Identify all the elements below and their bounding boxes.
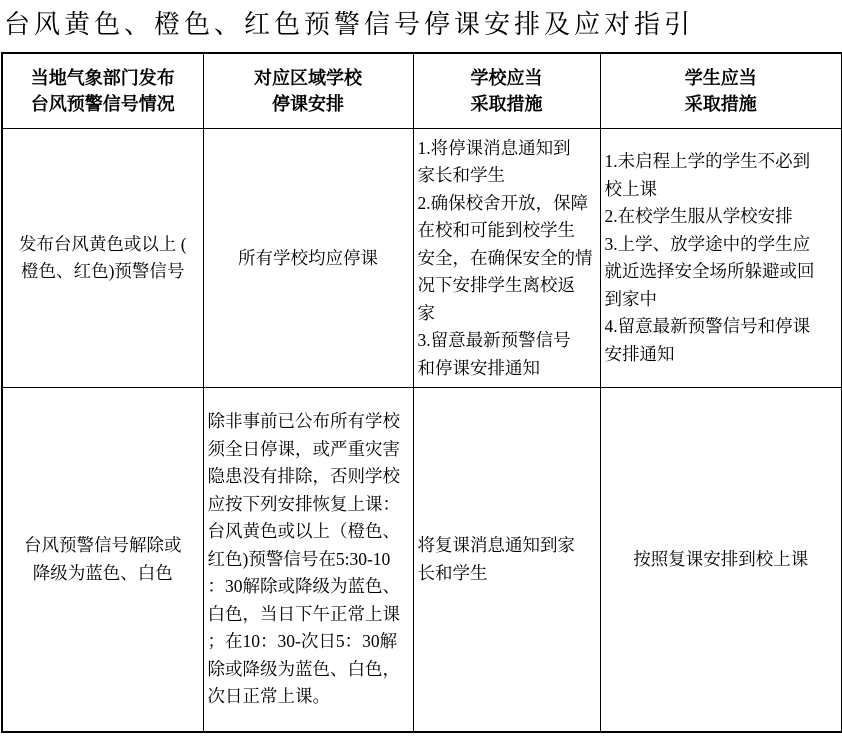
document-page: 台风黄色、橙色、红色预警信号停课安排及应对指引 当地气象部门发布 台风预警信号情… bbox=[0, 0, 842, 741]
table-row-warning-issued: 发布台风黄色或以上 ( 橙色、红色)预警信号 所有学校均应停课 1.将停课消息通… bbox=[2, 129, 842, 388]
header-student-measures: 学生应当 采取措施 bbox=[600, 53, 842, 129]
cell-suspension-arrangement: 所有学校均应停课 bbox=[203, 129, 413, 388]
cell-school-measures: 1.将停课消息通知到 家长和学生 2.确保校舍开放，保障 在校和可能到校学生 安… bbox=[413, 129, 600, 388]
cell-warning-signal: 发布台风黄色或以上 ( 橙色、红色)预警信号 bbox=[2, 129, 203, 388]
cell-school-measures: 将复课消息通知到家 长和学生 bbox=[413, 388, 600, 732]
cell-suspension-arrangement: 除非事前已公布所有学校 须全日停课，或严重灾害 隐患没有排除，否则学校 应按下列… bbox=[203, 388, 413, 732]
table-header-row: 当地气象部门发布 台风预警信号情况 对应区域学校 停课安排 学校应当 采取措施 … bbox=[2, 53, 842, 129]
cell-warning-signal: 台风预警信号解除或 降级为蓝色、白色 bbox=[2, 388, 203, 732]
header-school-measures: 学校应当 采取措施 bbox=[413, 53, 600, 129]
typhoon-guideline-table: 当地气象部门发布 台风预警信号情况 对应区域学校 停课安排 学校应当 采取措施 … bbox=[1, 52, 842, 733]
table-row-warning-lifted: 台风预警信号解除或 降级为蓝色、白色 除非事前已公布所有学校 须全日停课，或严重… bbox=[2, 388, 842, 732]
cell-student-measures: 按照复课安排到校上课 bbox=[600, 388, 842, 732]
cell-student-measures: 1.未启程上学的学生不必到 校上课 2.在校学生服从学校安排 3.上学、放学途中… bbox=[600, 129, 842, 388]
header-school-suspension-arrangement: 对应区域学校 停课安排 bbox=[203, 53, 413, 129]
page-title: 台风黄色、橙色、红色预警信号停课安排及应对指引 bbox=[4, 8, 841, 42]
header-warning-signal-situation: 当地气象部门发布 台风预警信号情况 bbox=[2, 53, 203, 129]
